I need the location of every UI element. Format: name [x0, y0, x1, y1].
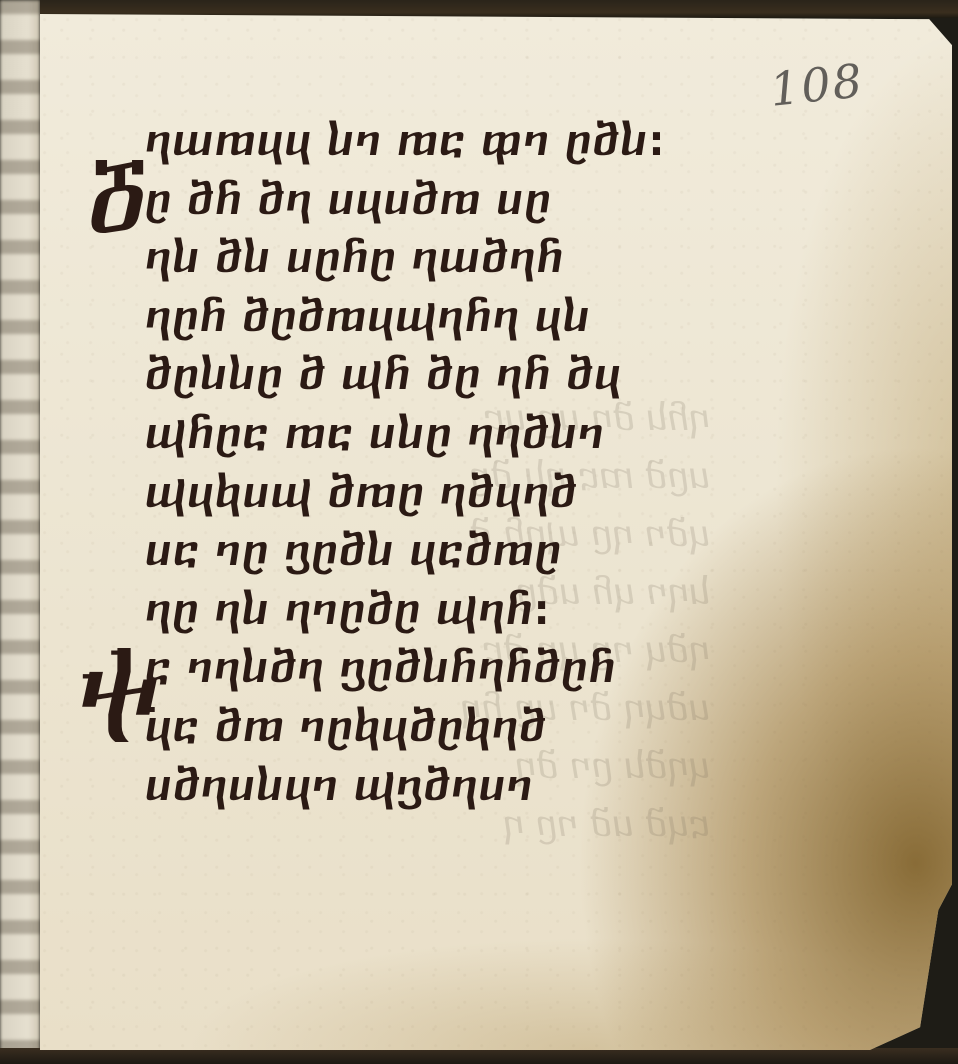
- manuscript-photo: ⴄⴌⴑ ⴋⴄ ⴎⴚ ⴗⴀ ⴎⴚⴋ ⴊⴀ ⴄⴑ ⴋⴚ ⴗⴋⴈ ⴄⴚ ⴓⴄⴌ ⴋ ⴑ…: [0, 0, 958, 1064]
- text-line: ⴄⴚⴌ ⴋⴚⴋⴊⴗⴓⴄⴌⴄ ⴗⴑ: [145, 288, 715, 347]
- text-line: ⴎⴋⴄⴎⴑⴗⴈ ⴓⴂⴋⴄⴎⴈ: [145, 757, 715, 816]
- text-line: ⴚ ⴋⴌ ⴋⴄ ⴎⴗⴎⴋⴊ ⴎⴚ: [145, 171, 715, 230]
- decorated-initial: ⴃ: [85, 152, 148, 248]
- manuscript-text-block: ⴄⴍⴊⴗⴗ ⴑⴈ ⴊⴀ ⴔⴈ ⴚⴋⴑ: ⴚ ⴋⴌ ⴋⴄ ⴎⴗⴎⴋⴊ ⴎⴚ ⴄⴑ …: [145, 112, 745, 815]
- text-line: ⴓⴗⴉⴎⴓ ⴋⴊⴚ ⴄⴋⴗⴄⴋ: [145, 464, 715, 523]
- text-line: ⴀ ⴈⴄⴑⴋⴄ ⴂⴚⴋⴑⴌⴄⴌⴋⴚⴌ: [145, 639, 715, 698]
- text-line: ⴎⴀ ⴈⴚ ⴂⴚⴋⴑ ⴗⴀⴋⴊⴚ: [145, 522, 715, 581]
- binding-bottom-edge: [0, 1048, 958, 1064]
- folio-number: 108: [767, 53, 866, 117]
- text-line: ⴄⴚ ⴄⴑ ⴄⴈⴚⴋⴚ ⴓⴄⴌ:: [145, 581, 715, 640]
- text-line: ⴋⴚⴑⴑⴚ ⴋ ⴓⴌ ⴋⴚ ⴄⴌ ⴋⴗ: [145, 346, 715, 405]
- text-line: ⴗⴀ ⴋⴊ ⴈⴚⴉⴗⴋⴚⴉⴄⴋ: [145, 698, 715, 757]
- text-line: ⴓⴌⴚⴀ ⴊⴀ ⴎⴑⴚ ⴄⴄⴋⴑⴈ: [145, 405, 715, 464]
- text-line: ⴄⴍⴊⴗⴗ ⴑⴈ ⴊⴀ ⴔⴈ ⴚⴋⴑ:: [145, 112, 715, 171]
- adjacent-page-edge: [0, 0, 40, 1064]
- text-line: ⴄⴑ ⴋⴑ ⴎⴚⴌⴚ ⴄⴍⴋⴄⴌ: [145, 229, 715, 288]
